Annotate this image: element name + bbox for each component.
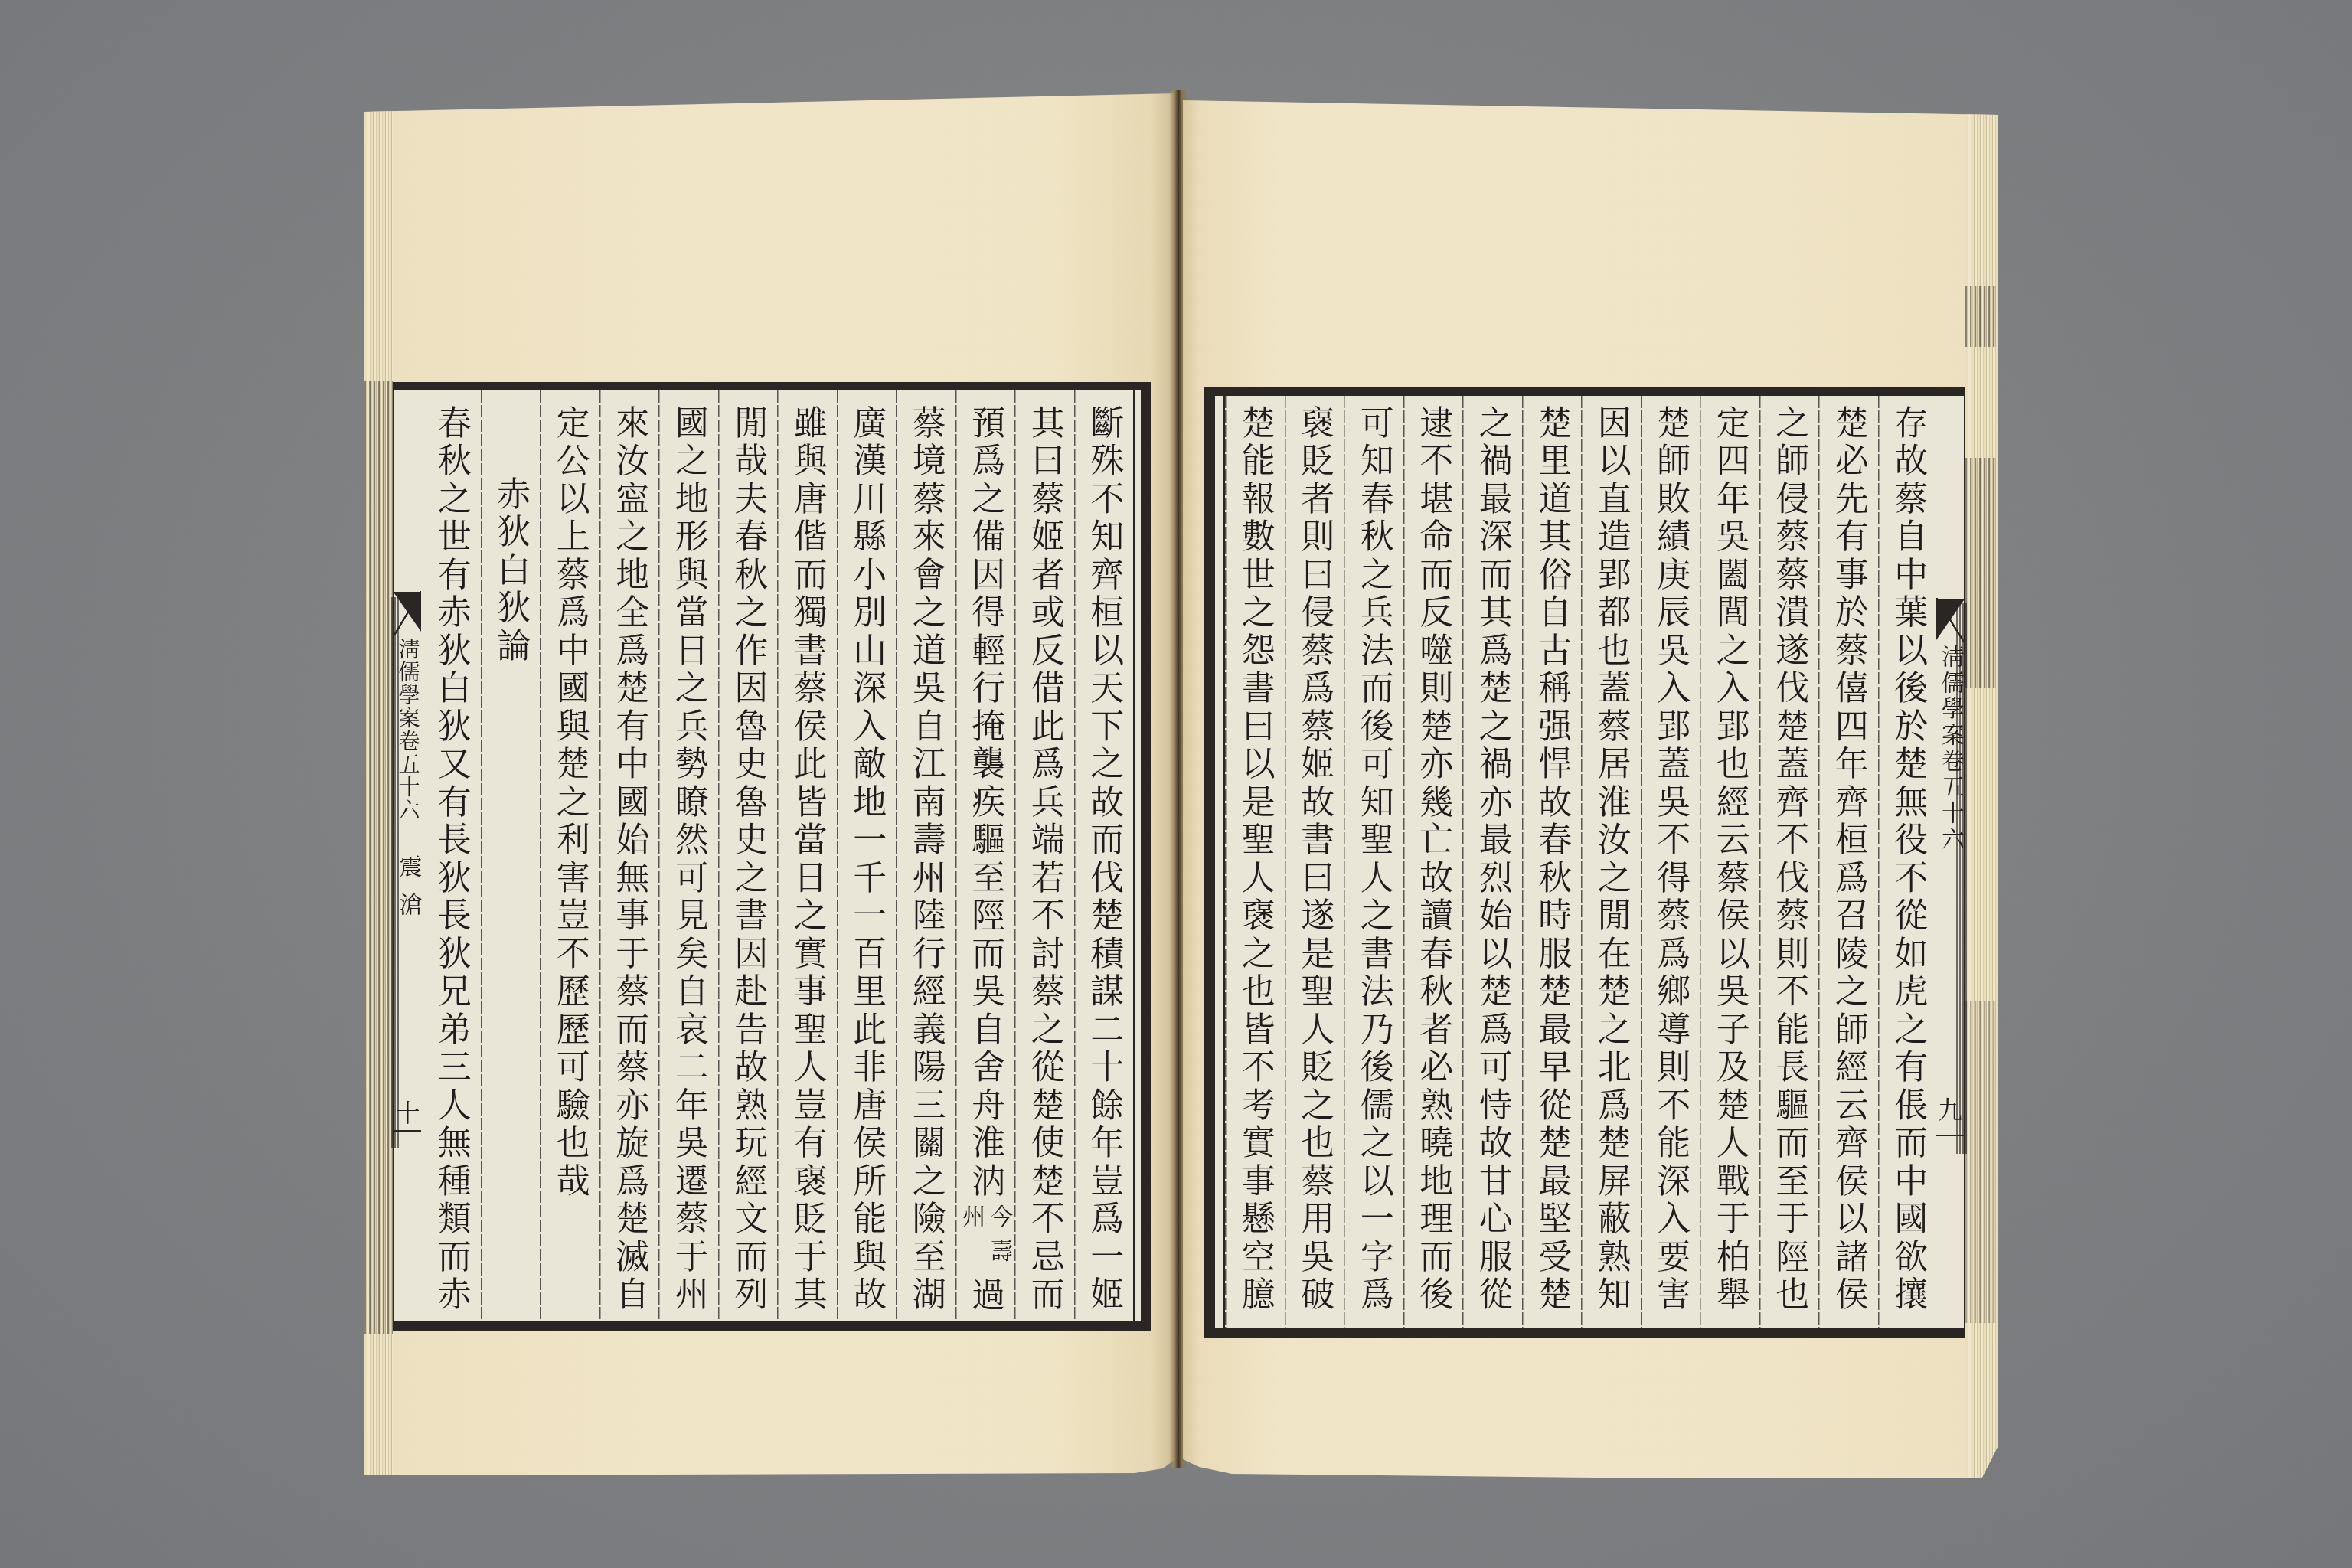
interlinear-note: 今壽 州 [959,1201,1010,1277]
column-text: 雖與唐偕而獨書蔡侯此皆當日之實事聖人豈有襃貶于其 [790,405,824,1315]
note-subcolumn-right: 今壽 [987,1201,1010,1273]
banxin-section: 震滄 [394,854,421,931]
text-column: 雖與唐偕而獨書蔡侯此皆當日之實事聖人豈有襃貶于其 [777,390,837,1321]
leaf-number: 十 [394,1101,421,1125]
text-frame: 存故蔡自中葉以後於楚無役不從如虎之有倀而中國欲攘 楚必先有事於蔡僖四年齊桓爲召陵… [1204,387,1965,1338]
column-text: 楚必先有事於蔡僖四年齊桓爲召陵之師經云齊侯以諸侯 [1831,405,1865,1315]
column-text: 逮不堪命而反噬則楚亦幾亡故讀春秋者必熟曉地理而後 [1416,405,1449,1315]
column-text: 來汝寍之地全爲楚有中國始無事于蔡而蔡亦旋爲楚滅自 [612,405,645,1315]
column-text: 存故蔡自中葉以後於楚無役不從如虎之有倀而中國欲攘 [1890,405,1924,1315]
leaf-number: 九 [1936,1098,1964,1122]
text-column: 襃貶者則曰侵蔡爲蔡姬故書曰遂是聖人貶之也蔡用吳破 [1285,396,1344,1328]
leaf-rule [394,1130,421,1132]
banxin-fold-strip: 淸儒學案卷五十六 震滄 十 [394,390,421,1321]
page-stack-ink-marks [1965,458,1998,688]
text-frame: 淸儒學案卷五十六 震滄 十 斷殊不知齊桓以天下之故而伐楚積謀二十餘年豈爲一姬 其… [393,382,1151,1331]
text-column: 國之地形與當日之兵勢瞭然可見矣自哀二年吳遷蔡于州 [658,390,718,1321]
section-heading: 赤狄白狄論 [493,476,527,666]
leaf-rule [1936,1135,1964,1136]
column-text: 定公以上蔡爲中國與楚之利害豈不歷歷可驗也哉 [553,405,586,1201]
text-column: 楚必先有事於蔡僖四年齊桓爲召陵之師經云齊侯以諸侯 [1818,396,1878,1328]
column-text: 楚能報數世之怨書曰以是聖人襃之也皆不考實事懸空臆 [1238,405,1272,1315]
note-subcolumn-left: 州 [959,1201,982,1239]
column-text: 之師侵蔡蔡潰遂伐楚蓋齊不伐蔡則不能長驅而至于陘也 [1772,405,1805,1315]
column-text: 廣漢川縣小別山深入敵地一千一百里此非唐侯所能與故 [849,405,883,1315]
banxin-title: 淸儒學案卷五十六 [1936,645,1964,853]
text-column: 定公以上蔡爲中國與楚之利害豈不歷歷可驗也哉 [540,390,599,1321]
column-text: 可知春秋之兵法而後可知聖人之書法乃後儒之以一字爲 [1357,405,1390,1315]
column-text: 定四年吳闔閭之入郢也經云蔡侯以吳子及楚人戰于柏舉 [1713,405,1746,1315]
column-text: 斷殊不知齊桓以天下之故而伐楚積謀二十餘年豈爲一姬 [1086,405,1120,1315]
column-text: 其曰蔡姬者或反借此爲兵端若不討蔡之從楚使楚不忌而 [1027,405,1061,1315]
column-text-tail: 過 [968,1277,1001,1315]
banxin-title: 淸儒學案卷五十六 [394,638,421,822]
text-column: 楚里道其俗自古稱强悍故春秋時服楚最早從楚最堅受楚 [1522,396,1582,1328]
column-text: 楚師敗績庚辰吳入郢蓋吳不得蔡爲鄉導則不能深入要害 [1653,405,1687,1315]
column-text: 因以直造郢都也蓋蔡居淮汝之閒在楚之北爲楚屏蔽熟知 [1594,405,1628,1315]
text-column: 廣漢川縣小別山深入敵地一千一百里此非唐侯所能與故 [837,390,897,1321]
left-page: 淸儒學案卷五十六 震滄 十 斷殊不知齊桓以天下之故而伐楚積謀二十餘年豈爲一姬 其… [364,92,1175,1478]
page-stack-ink-marks [1965,286,1998,347]
text-columns: 斷殊不知齊桓以天下之故而伐楚積謀二十餘年豈爲一姬 其曰蔡姬者或反借此爲兵端若不討… [421,390,1135,1321]
fishtail-diagonal [394,591,421,635]
fishtail-diagonal [1936,598,1964,642]
text-column: 斷殊不知齊桓以天下之故而伐楚積謀二十餘年豈爲一姬 [1074,390,1134,1321]
column-text: 楚里道其俗自古稱强悍故春秋時服楚最早從楚最堅受楚 [1534,405,1568,1315]
page-stack-ink-marks [1965,1001,1998,1323]
text-column: 楚能報數世之怨書曰以是聖人襃之也皆不考實事懸空臆 [1225,396,1285,1328]
text-columns: 存故蔡自中葉以後於楚無役不從如虎之有倀而中國欲攘 楚必先有事於蔡僖四年齊桓爲召陵… [1223,396,1937,1328]
text-column: 之禍最深而其爲楚之禍亦最烈始以楚爲可恃故甘心服從 [1462,396,1522,1328]
text-column: 之師侵蔡蔡潰遂伐楚蓋齊不伐蔡則不能長驅而至于陘也 [1759,396,1819,1328]
text-column: 楚師敗績庚辰吳入郢蓋吳不得蔡爲鄉導則不能深入要害 [1641,396,1700,1328]
column-text: 預爲之備因得輕行掩襲疾驅至陘而吳自舍舟淮汭 [968,405,1001,1201]
text-column: 來汝寍之地全爲楚有中國始無事于蔡而蔡亦旋爲楚滅自 [599,390,659,1321]
column-text: 國之地形與當日之兵勢瞭然可見矣自哀二年吳遷蔡于州 [671,405,705,1315]
right-page: 存故蔡自中葉以後於楚無役不從如虎之有倀而中國欲攘 楚必先有事於蔡僖四年齊桓爲召陵… [1183,98,1998,1480]
text-column: 定四年吳闔閭之入郢也經云蔡侯以吳子及楚人戰于柏舉 [1700,396,1759,1328]
column-text: 春秋之世有赤狄白狄又有長狄長狄兄弟三人無種類而赤 [434,405,468,1315]
text-column-with-note: 預爲之備因得輕行掩襲疾驅至陘而吳自舍舟淮汭 今壽 州 過 [955,390,1015,1321]
text-column: 閒哉夫春秋之作因魯史魯史之書因赴告故熟玩經文而列 [718,390,778,1321]
text-column: 蔡境蔡來會之道吳自江南壽州陸行經義陽三關之險至湖 [896,390,955,1321]
section-heading-column: 赤狄白狄論 [481,390,541,1321]
text-column: 可知春秋之兵法而後可知聖人之書法乃後儒之以一字爲 [1344,396,1403,1328]
text-column: 逮不堪命而反噬則楚亦幾亡故讀春秋者必熟曉地理而後 [1403,396,1463,1328]
text-column: 春秋之世有赤狄白狄又有長狄長狄兄弟三人無種類而赤 [421,390,481,1321]
text-column: 因以直造郢都也蓋蔡居淮汝之閒在楚之北爲楚屏蔽熟知 [1581,396,1641,1328]
book-photograph: 淸儒學案卷五十六 震滄 十 斷殊不知齊桓以天下之故而伐楚積謀二十餘年豈爲一姬 其… [0,0,2352,1568]
text-column: 其曰蔡姬者或反借此爲兵端若不討蔡之從楚使楚不忌而 [1014,390,1074,1321]
page-stack-edge [1965,98,1998,1480]
banxin-fold-strip: 淸儒學案卷五十六 九 [1935,396,1964,1328]
column-text: 之禍最深而其爲楚之禍亦最烈始以楚爲可恃故甘心服從 [1475,405,1509,1315]
column-text: 襃貶者則曰侵蔡爲蔡姬故書曰遂是聖人貶之也蔡用吳破 [1297,405,1331,1315]
text-column: 存故蔡自中葉以後於楚無役不從如虎之有倀而中國欲攘 [1878,396,1938,1328]
page-stack-ink-marks [364,381,393,1334]
page-stack-edge [364,92,393,1478]
column-text: 閒哉夫春秋之作因魯史魯史之書因赴告故熟玩經文而列 [730,405,764,1315]
column-text: 蔡境蔡來會之道吳自江南壽州陸行經義陽三關之險至湖 [909,405,942,1315]
